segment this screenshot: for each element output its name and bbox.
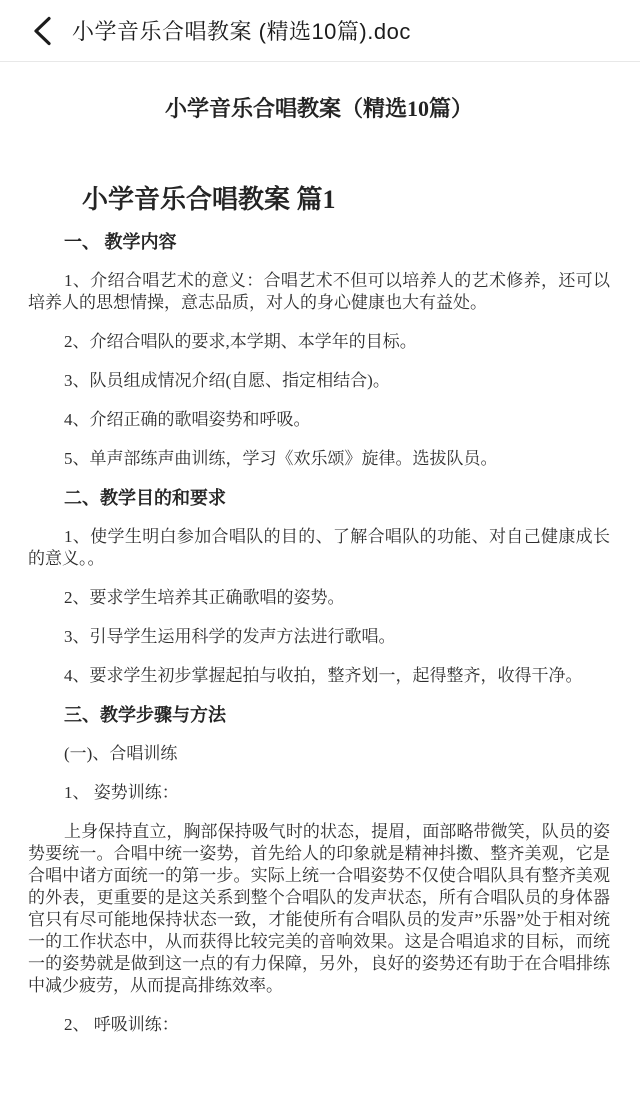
doc-paragraph: 4、介绍正确的歌唱姿势和呼吸。 — [28, 409, 610, 431]
section-title: 小学音乐合唱教案 篇1 — [28, 184, 610, 216]
doc-paragraph: 3、引导学生运用科学的发声方法进行歌唱。 — [28, 626, 610, 648]
back-button[interactable] — [28, 13, 56, 49]
heading-teaching-steps: 三、教学步骤与方法 — [28, 704, 610, 726]
doc-paragraph: 1、介绍合唱艺术的意义：合唱艺术不但可以培养人的艺术修养，还可以培养人的思想情操… — [28, 270, 610, 314]
doc-paragraph: 2、介绍合唱队的要求,本学期、本学年的目标。 — [28, 331, 610, 353]
doc-paragraph: 1、使学生明白参加合唱队的目的、了解合唱队的功能、对自己健康成长的意义。。 — [28, 526, 610, 570]
heading-teaching-goals: 二、教学目的和要求 — [28, 487, 610, 509]
doc-paragraph: (一)、合唱训练 — [28, 743, 610, 765]
doc-paragraph: 上身保持直立，胸部保持吸气时的状态，提眉，面部略带微笑，队员的姿势要统一。合唱中… — [28, 821, 610, 997]
doc-paragraph: 1、 姿势训练： — [28, 782, 610, 804]
app-bar: 小学音乐合唱教案 (精选10篇).doc — [0, 0, 640, 62]
chevron-left-icon — [31, 15, 53, 47]
document-scroll-area[interactable]: 小学音乐合唱教案（精选10篇） 小学音乐合唱教案 篇1 一、 教学内容 1、介绍… — [0, 62, 640, 1112]
document-title: 小学音乐合唱教案（精选10篇） — [28, 94, 610, 124]
doc-paragraph: 2、要求学生培养其正确歌唱的姿势。 — [28, 587, 610, 609]
doc-paragraph: 4、要求学生初步掌握起拍与收拍，整齐划一，起得整齐，收得干净。 — [28, 665, 610, 687]
file-name-title: 小学音乐合唱教案 (精选10篇).doc — [72, 15, 411, 46]
doc-paragraph: 3、队员组成情况介绍(自愿、指定相结合)。 — [28, 370, 610, 392]
doc-paragraph: 5、单声部练声曲训练，学习《欢乐颂》旋律。选拔队员。 — [28, 448, 610, 470]
document-viewer-screen: 小学音乐合唱教案 (精选10篇).doc 小学音乐合唱教案（精选10篇） 小学音… — [0, 0, 640, 1112]
doc-paragraph: 2、 呼吸训练： — [28, 1014, 610, 1036]
heading-teaching-content: 一、 教学内容 — [28, 231, 610, 253]
